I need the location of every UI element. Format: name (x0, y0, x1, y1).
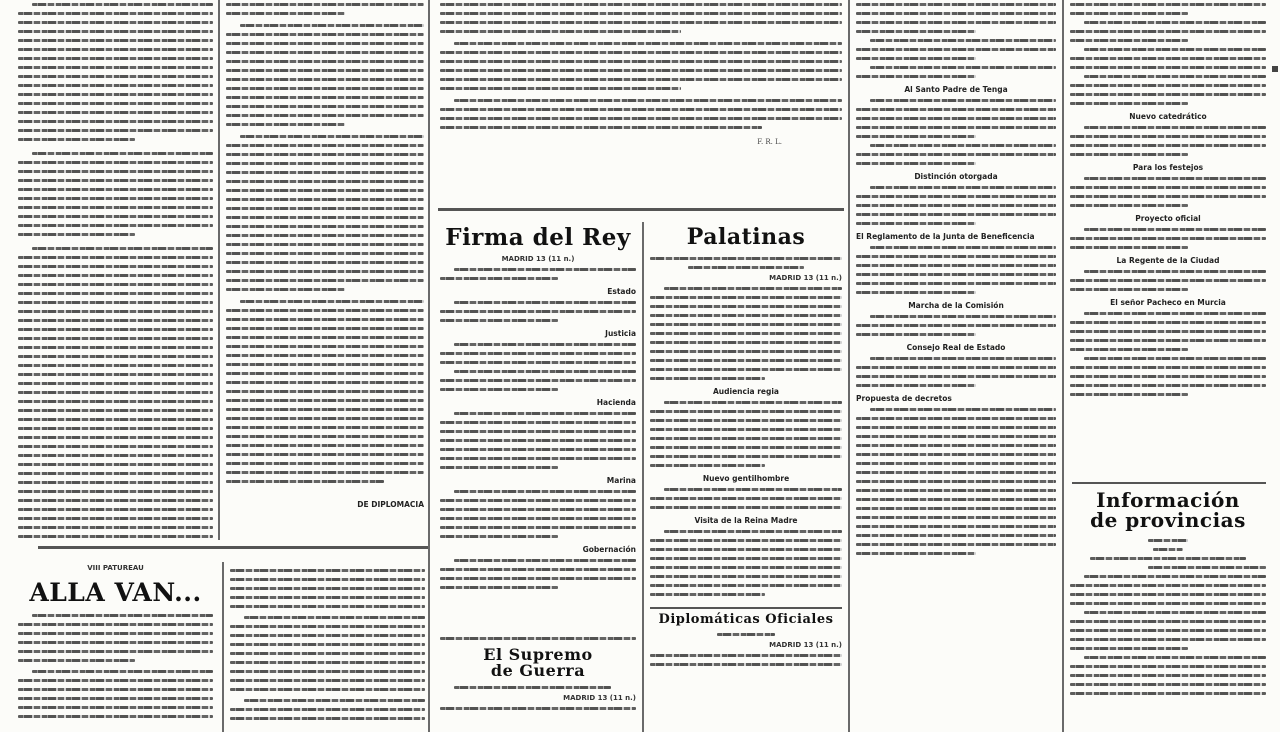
article-supremo-guerra: El Supremo de Guerra MADRID 13 (11 n.) (440, 634, 636, 732)
section-heading: Nuevo catedrático (1070, 112, 1266, 121)
article-headline-line1: Información (1070, 490, 1266, 510)
column-6: Nuevo catedrático Para los festejos Proy… (1070, 0, 1266, 480)
article-dateline: MADRID 13 (11 n.) (440, 255, 636, 263)
section-heading: Distinción otorgada (856, 172, 1056, 181)
section-heading: Propuesta de decretos (856, 394, 1056, 403)
article-body-col2 (226, 0, 424, 486)
column-rule (222, 562, 224, 732)
section-heading: Estado (440, 287, 636, 296)
article-alla-van-continued (230, 566, 425, 732)
column-rule (218, 0, 220, 540)
article-body (230, 566, 425, 723)
section-rule (438, 208, 844, 211)
article-headline: Diplomáticas Oficiales (650, 613, 842, 626)
section-heading: Al Santo Padre de Tenga (856, 85, 1056, 94)
section-heading: Consejo Real de Estado (856, 343, 1056, 352)
column-rule (848, 0, 850, 732)
tail-note-label: DE DIPLOMACIA (226, 500, 424, 509)
section-heading: Proyecto oficial (1070, 214, 1266, 223)
column-5: Al Santo Padre de Tenga Distinción otorg… (856, 0, 1056, 732)
article-informacion-provincias: Información de provincias (1070, 490, 1266, 732)
section-heading: Visita de la Reina Madre (650, 516, 842, 525)
scan-speck (1272, 66, 1278, 72)
section-heading: Justicia (440, 329, 636, 338)
section-heading: Marcha de la Comisión (856, 301, 1056, 310)
article-body (18, 611, 213, 721)
article-headline: Palatinas (650, 226, 842, 248)
article-dateline: MADRID 13 (11 n.) (440, 694, 636, 702)
section-heading: El señor Pacheco en Murcia (1070, 298, 1266, 307)
column-rule (428, 0, 430, 732)
article-body-col1 (18, 0, 213, 540)
section-heading: Gobernación (440, 545, 636, 554)
section-heading: Audiencia regia (650, 387, 842, 396)
article-dateline: MADRID 13 (11 n.) (650, 641, 842, 649)
column-rule (642, 222, 644, 732)
article-dateline: MADRID 13 (11 n.) (650, 274, 842, 282)
section-rule (38, 546, 428, 549)
section-heading: Marina (440, 476, 636, 485)
article-headline-line2: de Guerra (440, 663, 636, 679)
column-rule (1062, 0, 1064, 732)
article-headline: ALLA VAN... (18, 580, 213, 605)
article-palatinas: Palatinas MADRID 13 (11 n.) Audiencia re… (650, 222, 842, 732)
section-heading: El Reglamento de la Junta de Beneficenci… (856, 232, 1056, 241)
section-rule (1072, 482, 1266, 484)
column-2: DE DIPLOMACIA (226, 0, 424, 520)
editorial-signature: F. R. L. (440, 138, 842, 146)
newspaper-page: DE DIPLOMACIA VIII PATUREAU ALLA VAN... … (0, 0, 1280, 732)
article-headline-line2: de provincias (1070, 510, 1266, 530)
section-rule (650, 607, 842, 609)
editorial-article: F. R. L. (440, 0, 842, 200)
article-alla-van: VIII PATUREAU ALLA VAN... (18, 562, 213, 732)
section-heading: Hacienda (440, 398, 636, 407)
section-heading: Para los festejos (1070, 163, 1266, 172)
editorial-body (440, 0, 842, 132)
column-1 (18, 0, 213, 540)
article-kicker: VIII PATUREAU (18, 564, 213, 572)
section-heading: Nuevo gentilhombre (650, 474, 842, 483)
article-firma-del-rey: Firma del Rey MADRID 13 (11 n.) Estado J… (440, 222, 636, 632)
section-heading: La Regente de la Ciudad (1070, 256, 1266, 265)
article-headline: Firma del Rey (440, 226, 636, 249)
